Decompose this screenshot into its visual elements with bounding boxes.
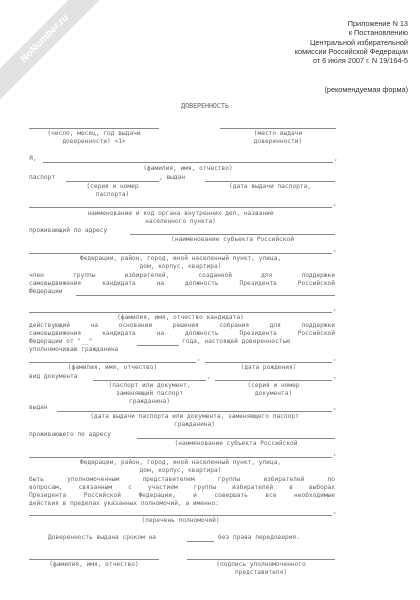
- citizen-fio-hint: (фамилия, имя, отчество): [29, 364, 196, 372]
- organ-hint: наименование и код органа внутренних дел…: [29, 210, 332, 218]
- header-line: от 6 июля 2007 г. N 19/164-5: [295, 56, 408, 65]
- doc-issued-line[interactable]: [57, 411, 332, 412]
- issue-date-hint: (число, месяц, год выдачи: [29, 130, 159, 138]
- acting-text: года, настоящей доверенностью: [182, 338, 290, 346]
- sign-rep-hint: представителя): [187, 569, 335, 577]
- doc-series-hint: (серия и номер: [215, 382, 332, 390]
- doc-type-label: вид документа: [29, 373, 77, 381]
- residing2-label: проживающего по адресу: [29, 431, 111, 439]
- acting-text: Федерации от "__": [29, 338, 92, 346]
- address-hint: дом, корпус, квартира): [29, 263, 332, 271]
- i-label: Я,: [29, 155, 36, 163]
- body-text: Президента Российской Федерации, и совер…: [29, 492, 335, 500]
- address-hint: Федерации, район, город, иной населенный…: [29, 255, 332, 263]
- doc-type-hint: гражданина): [93, 398, 206, 406]
- candidate-line-2[interactable]: [29, 312, 332, 313]
- fio-line[interactable]: [43, 162, 333, 163]
- header-line: Приложение N 13: [295, 19, 408, 28]
- acting-text: уполномочиваю гражданина: [29, 346, 118, 354]
- candidate-hint: (фамилия, имя, отчество кандидата): [29, 314, 332, 322]
- meeting-date-line[interactable]: [137, 345, 179, 346]
- passport-series-hint: паспорта): [60, 191, 165, 199]
- term-text: без права передоверия.: [218, 534, 300, 542]
- term-text: Доверенность выдана сроком на: [48, 534, 156, 542]
- organ-hint: населенного пункта): [29, 218, 332, 226]
- header-line: Центральной избирательной: [295, 38, 408, 47]
- residing-label: проживающий по адресу: [29, 227, 107, 235]
- term-line[interactable]: [187, 541, 214, 542]
- sign-rep-line[interactable]: [187, 559, 335, 560]
- fio-hint: (фамилия, имя, отчество): [43, 165, 333, 173]
- doc-type-hint: (паспорт или документ,: [93, 382, 206, 390]
- body-text: действия в пределах указанных полномочий…: [29, 500, 219, 508]
- address2-hint: Федерации, район, город, иной населенный…: [29, 459, 332, 467]
- subject-hint: (наименование субъекта Российской: [130, 236, 335, 244]
- passport-date-hint: (дата выдачи паспорта,: [205, 183, 335, 191]
- recommended-form-note: (рекомендуемая форма): [324, 85, 408, 94]
- passport-series-hint: (серия и номер: [60, 183, 165, 191]
- acting-text: действующий на основании решения собрани…: [29, 322, 335, 330]
- address-line-2[interactable]: [29, 253, 332, 254]
- doc-series-hint: документа): [215, 390, 332, 398]
- issue-place-hint: (место выдачи: [220, 130, 336, 138]
- issued2-label: выдан: [29, 404, 48, 412]
- body-text: вопросам, связанным с участием группы из…: [29, 484, 335, 492]
- subject2-hint: (наименование субъекта Российской: [137, 440, 335, 448]
- passport-issued-line[interactable]: [205, 181, 335, 182]
- address2-line-2[interactable]: [29, 457, 332, 458]
- issue-place-line[interactable]: [220, 128, 336, 129]
- doc-issued-hint: (дата выдачи паспорта или документа, зам…: [57, 413, 332, 421]
- header-line: комиссии Российской Федерации: [295, 47, 408, 56]
- organ-line[interactable]: [29, 207, 332, 208]
- birth-date-line[interactable]: [205, 362, 332, 363]
- header-line: к Постановлению: [295, 28, 408, 37]
- issue-place-hint: доверенности): [220, 138, 336, 146]
- watermark: NoNumber.ru: [0, 0, 106, 100]
- member-text: член группы избирателей, созданной для п…: [29, 272, 335, 280]
- body-text: быть уполномоченным представителем групп…: [29, 476, 335, 484]
- powers-line[interactable]: [29, 515, 332, 516]
- passport-label: паспорт: [29, 174, 55, 182]
- issue-date-hint: доверенности) <1>: [29, 138, 159, 146]
- sign-fio-hint: (фамилия, имя, отчество): [29, 561, 159, 569]
- doc-series-line[interactable]: [215, 380, 332, 381]
- candidate-line[interactable]: [76, 295, 335, 296]
- birth-date-hint: (дата рождения): [205, 364, 332, 372]
- sign-rep-hint: (подпись уполномоченного: [187, 561, 335, 569]
- member-text: самовыдвижения кандидата на должность Пр…: [29, 280, 335, 288]
- doc-type-hint: заменяющий паспорт: [93, 390, 206, 398]
- powers-hint: (перечень полномочий): [29, 517, 332, 525]
- passport-series-line[interactable]: [66, 181, 159, 182]
- issued-label: , выдан: [159, 174, 185, 182]
- acting-text: самовыдвижения кандидата на должность Пр…: [29, 330, 335, 338]
- address2-hint: дом, корпус, квартира): [29, 467, 332, 475]
- citizen-fio-line[interactable]: [29, 362, 196, 363]
- address-line[interactable]: [130, 234, 335, 235]
- doc-type-line[interactable]: [93, 380, 206, 381]
- doc-issued-hint: гражданина): [57, 421, 332, 429]
- sign-fio-line[interactable]: [29, 559, 159, 560]
- issue-date-line[interactable]: [29, 128, 159, 129]
- appendix-header: Приложение N 13 к Постановлению Централь…: [295, 19, 408, 65]
- document-title: ДОВЕРЕННОСТЬ: [140, 102, 270, 110]
- address2-line[interactable]: [137, 438, 335, 439]
- member-text: Федерации: [29, 288, 63, 296]
